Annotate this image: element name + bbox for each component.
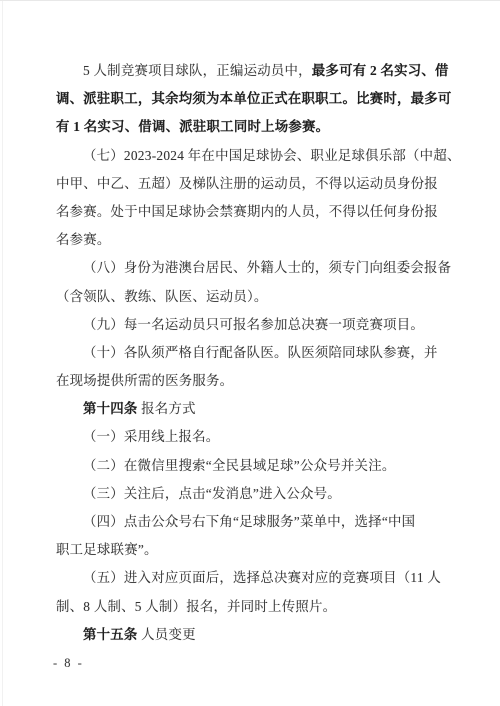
document-line: 5 人制竞赛项目球队，正编运动员中，最多可有 2 名实习、借 — [56, 57, 442, 85]
text-segment: （二）在微信里搜索“全民县域足球”公众号并关注。 — [83, 458, 395, 473]
text-segment: 名参赛。 — [56, 232, 111, 247]
document-line: 第十五条 人员变更 — [56, 621, 442, 649]
scan-edge — [2, 1, 3, 706]
document-line: 名参赛。 — [56, 226, 442, 254]
document-body: 5 人制竞赛项目球队，正编运动员中，最多可有 2 名实习、借调、派驻职工，其余均… — [56, 57, 442, 649]
text-segment: 最多可有 2 名实习、借 — [312, 63, 449, 78]
text-segment: 5 人制竞赛项目球队，正编运动员中， — [83, 63, 312, 78]
text-segment: （八）身份为港澳台居民、外籍人士的，须专门向组委会报备 — [83, 260, 451, 275]
text-segment: （三）关注后，点击“发消息”进入公众号。 — [83, 486, 341, 501]
text-segment: （一）采用线上报名。 — [83, 429, 219, 444]
text-segment: 职工足球联赛”。 — [56, 542, 158, 557]
page-number: - 8 - — [53, 656, 84, 671]
text-segment: 报名方式 — [138, 401, 196, 416]
text-segment: 有 1 名实习、借调、派驻职工同时上场参赛。 — [56, 119, 329, 134]
document-line: 中甲、中乙、五超）及梯队注册的运动员，不得以运动员身份报 — [56, 170, 442, 198]
document-line: 在现场提供所需的医务服务。 — [56, 367, 442, 395]
text-segment: （四）点击公众号右下角“足球服务”菜单中，选择“中国 — [83, 514, 415, 529]
document-line: （含领队、教练、队医、运动员）。 — [56, 283, 442, 311]
document-line: （五）进入对应页面后，选择总决赛对应的竞赛项目（11 人 — [56, 564, 442, 592]
document-line: （二）在微信里搜索“全民县域足球”公众号并关注。 — [56, 452, 442, 480]
document-page: 5 人制竞赛项目球队，正编运动员中，最多可有 2 名实习、借调、派驻职工，其余均… — [0, 0, 500, 706]
text-segment: 中甲、中乙、五超）及梯队注册的运动员，不得以运动员身份报 — [56, 176, 438, 191]
text-segment: 人员变更 — [138, 627, 196, 642]
text-segment: 在现场提供所需的医务服务。 — [56, 373, 233, 388]
text-segment: （五）进入对应页面后，选择总决赛对应的竞赛项目（11 人 — [83, 570, 441, 585]
text-segment: 名参赛。处于中国足球协会禁赛期内的人员，不得以任何身份报 — [56, 204, 438, 219]
text-segment: （含领队、教练、队医、运动员）。 — [56, 289, 268, 304]
text-segment: （九）每一名运动员只可报名参加总决赛一项竞赛项目。 — [83, 317, 424, 332]
document-line: （八）身份为港澳台居民、外籍人士的，须专门向组委会报备 — [56, 254, 442, 282]
text-segment: 第十四条 — [83, 401, 138, 416]
text-segment: （七）2023-2024 年在中国足球协会、职业足球俱乐部（中超、 — [83, 148, 461, 163]
document-line: 有 1 名实习、借调、派驻职工同时上场参赛。 — [56, 113, 442, 141]
document-line: 职工足球联赛”。 — [56, 536, 442, 564]
document-line: （七）2023-2024 年在中国足球协会、职业足球俱乐部（中超、 — [56, 142, 442, 170]
document-line: 制、8 人制、5 人制）报名，并同时上传照片。 — [56, 593, 442, 621]
document-line: 第十四条 报名方式 — [56, 395, 442, 423]
document-line: （四）点击公众号右下角“足球服务”菜单中，选择“中国 — [56, 508, 442, 536]
text-segment: （十）各队须严格自行配备队医。队医须陪同球队参赛，并 — [83, 345, 438, 360]
document-line: （三）关注后，点击“发消息”进入公众号。 — [56, 480, 442, 508]
document-line: 名参赛。处于中国足球协会禁赛期内的人员，不得以任何身份报 — [56, 198, 442, 226]
document-line: 调、派驻职工，其余均须为本单位正式在职职工。比赛时，最多可 — [56, 85, 442, 113]
text-segment: 制、8 人制、5 人制）报名，并同时上传照片。 — [56, 599, 336, 614]
text-segment: 第十五条 — [83, 627, 138, 642]
text-segment: 调、派驻职工，其余均须为本单位正式在职职工。比赛时，最多可 — [56, 91, 452, 106]
document-line: （九）每一名运动员只可报名参加总决赛一项竞赛项目。 — [56, 311, 442, 339]
document-line: （十）各队须严格自行配备队医。队医须陪同球队参赛，并 — [56, 339, 442, 367]
document-line: （一）采用线上报名。 — [56, 423, 442, 451]
